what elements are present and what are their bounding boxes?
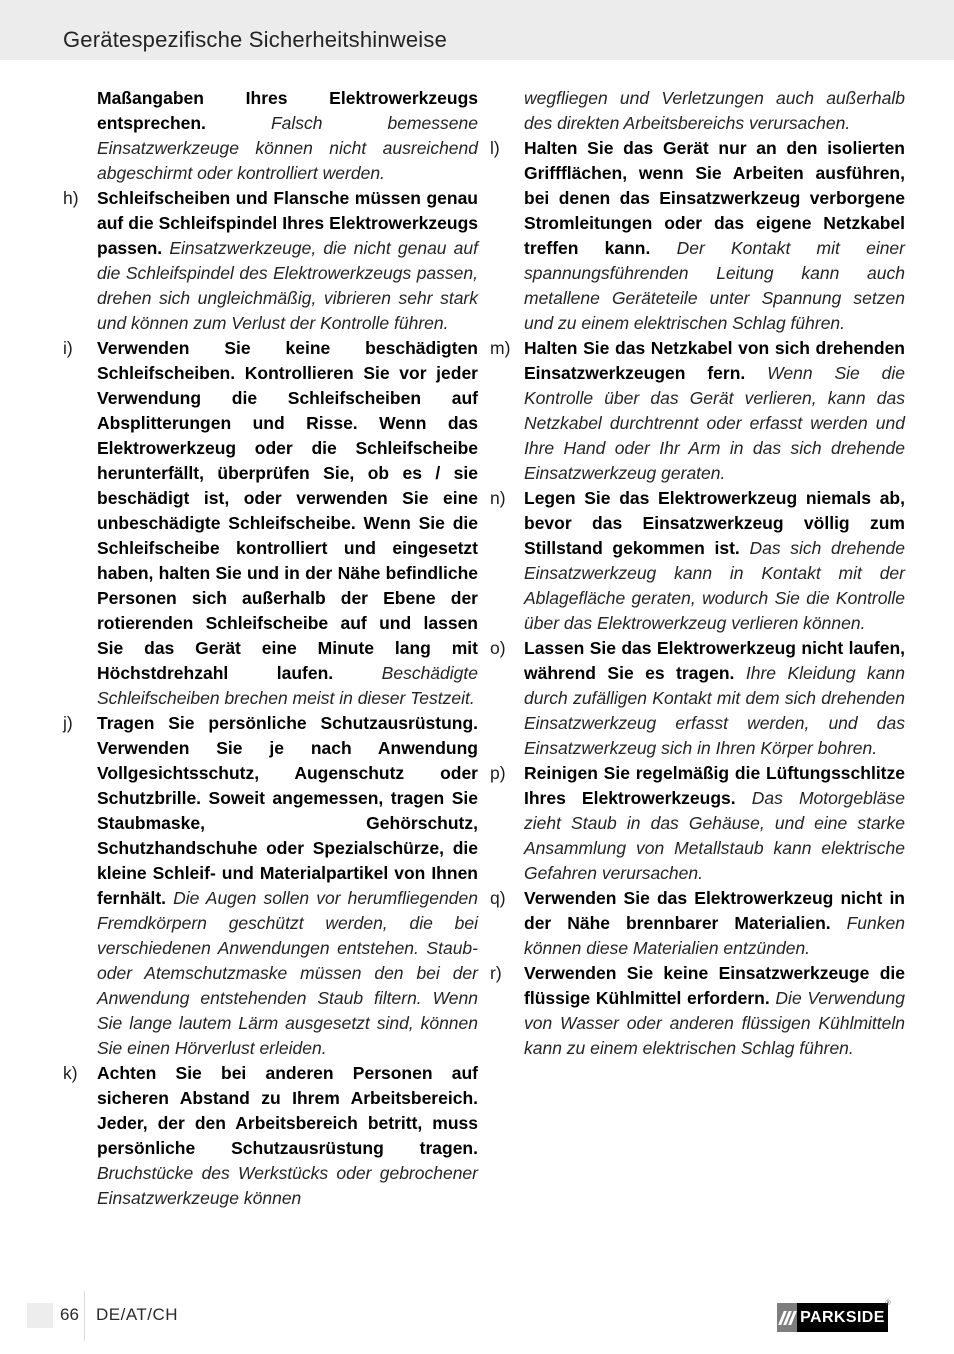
safety-item-l: l) Halten Sie das Gerät nur an den isoli… (490, 136, 905, 336)
item-text: wegfliegen und Verletzungen auch außerha… (524, 86, 905, 136)
safety-item-p: p) Reinigen Sie regelmäßig die Lüftungss… (490, 761, 905, 886)
item-bold-text: Tragen Sie persönliche Schutzausrüstung.… (97, 713, 478, 908)
item-label: l) (490, 136, 524, 336)
item-text: Halten Sie das Netzkabel von sich drehen… (524, 336, 905, 486)
safety-item-j: j) Tragen Sie persönliche Schutzausrüstu… (63, 711, 478, 1061)
safety-item-o: o) Lassen Sie das Elektrowerkzeug nicht … (490, 636, 905, 761)
item-text: Schleifscheiben und Flansche müssen gena… (97, 186, 478, 336)
item-text: Verwenden Sie das Elektrowerkzeug nicht … (524, 886, 905, 961)
region-code: DE/AT/CH (96, 1305, 178, 1325)
item-text: Tragen Sie persönliche Schutzausrüstung.… (97, 711, 478, 1061)
item-text: Legen Sie das Elektrowerkzeug niemals ab… (524, 486, 905, 636)
safety-item-h: h) Schleifscheiben und Flansche müssen g… (63, 186, 478, 336)
left-column: Maßangaben Ihres Elektrowerkzeugs entspr… (63, 86, 478, 1211)
item-text: Lassen Sie das Elektrowerkzeug nicht lau… (524, 636, 905, 761)
item-label: p) (490, 761, 524, 886)
safety-item-g-continued: Maßangaben Ihres Elektrowerkzeugs entspr… (63, 86, 478, 186)
right-column: wegfliegen und Verletzungen auch außerha… (490, 86, 905, 1211)
page-number: 66 (60, 1305, 79, 1325)
brand-name: PARKSIDE (800, 1309, 885, 1327)
registered-trademark-icon: ® (885, 1300, 891, 1307)
safety-item-q: q) Verwenden Sie das Elektrowerkzeug nic… (490, 886, 905, 961)
item-label: j) (63, 711, 97, 1061)
safety-item-i: i) Verwenden Sie keine beschädigten Schl… (63, 336, 478, 711)
safety-item-r: r) Verwenden Sie keine Einsatzwerkzeuge … (490, 961, 905, 1061)
page-header: Gerätespezifische Sicherheitshinweise (0, 0, 954, 60)
logo-slashes-icon (777, 1303, 797, 1332)
item-label: r) (490, 961, 524, 1061)
safety-item-m: m) Halten Sie das Netzkabel von sich dre… (490, 336, 905, 486)
item-text: Reinigen Sie regelmäßig die Lüftungsschl… (524, 761, 905, 886)
item-label: q) (490, 886, 524, 961)
item-label: m) (490, 336, 524, 486)
item-label: o) (490, 636, 524, 761)
safety-item-k: k) Achten Sie bei anderen Personen auf s… (63, 1061, 478, 1211)
item-label (63, 86, 97, 186)
safety-item-k-continued: wegfliegen und Verletzungen auch außerha… (490, 86, 905, 136)
item-text: Achten Sie bei anderen Personen auf sich… (97, 1061, 478, 1211)
item-label: i) (63, 336, 97, 711)
item-bold-text: Verwenden Sie keine beschädigten Schleif… (97, 338, 478, 683)
parkside-logo: PARKSIDE ® (777, 1303, 888, 1332)
item-italic-text: Die Augen sollen vor herumfliegenden Fre… (97, 888, 478, 1058)
item-text: Verwenden Sie keine Einsatzwerkzeuge die… (524, 961, 905, 1061)
item-label: k) (63, 1061, 97, 1211)
item-text: Maßangaben Ihres Elektrowerkzeugs entspr… (97, 86, 478, 186)
page-footer: 66 DE/AT/CH PARKSIDE ® (0, 1296, 954, 1340)
item-italic-text: Bruchstücke des Werkstücks oder gebroche… (97, 1163, 478, 1208)
item-bold-text: Achten Sie bei anderen Personen auf sich… (97, 1063, 478, 1158)
item-label: n) (490, 486, 524, 636)
safety-item-n: n) Legen Sie das Elektrowerkzeug niemals… (490, 486, 905, 636)
footer-marker-square (27, 1303, 53, 1328)
item-italic-text: wegfliegen und Verletzungen auch außerha… (524, 88, 905, 133)
item-text: Halten Sie das Gerät nur an den isoliert… (524, 136, 905, 336)
item-label (490, 86, 524, 136)
footer-divider (84, 1291, 85, 1341)
page-title: Gerätespezifische Sicherheitshinweise (63, 29, 447, 51)
item-text: Verwenden Sie keine beschädigten Schleif… (97, 336, 478, 711)
item-label: h) (63, 186, 97, 336)
logo-wordmark: PARKSIDE ® (797, 1303, 888, 1332)
content: Maßangaben Ihres Elektrowerkzeugs entspr… (0, 60, 954, 1211)
